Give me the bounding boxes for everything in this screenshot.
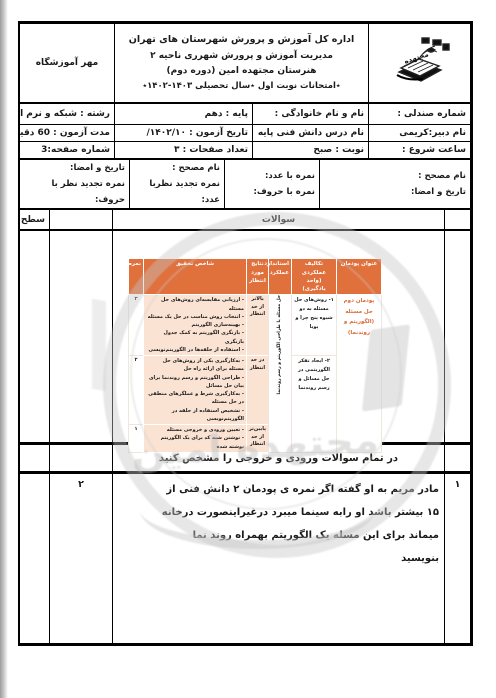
performance-standard-cell: حل مسئله با طراحی الگوریتم و رسم روندنما [269,295,292,453]
expected-cell-1: بالاتر از حد انتظار [247,295,269,356]
task-item-2: ۲- ایجاد تفکر الگوریتمی در حل مسائل و رس… [292,356,337,453]
question-level-cell [20,474,50,644]
regrade-cell-labels: نام مصحح : نمره تجدید نظربا عدد: [130,160,225,209]
graders-table: نام مصحح : تاریخ و امضا: نمره با عدد: نم… [19,159,471,209]
performance-standard-text: حل مسئله با طراحی الگوریتم و رسم روندنما [278,295,283,394]
exam-sheet: مجتهده اداره کل آموزش و پرورش شهرستان ها… [18,21,473,646]
scanned-exam-page: { "colors": { "rubric_header_orange": "#… [0,0,496,698]
level-column-header: سطح [20,210,50,230]
rubric-header-tasks: تکالیف عملکردی (واحد یادگیری) [292,259,337,295]
school-stamp-label: مهر آموزشگاه [20,24,115,103]
questions-header-row: سوالات سطح [19,209,471,230]
page-scan-edge [0,0,8,698]
grader1-sign-label: تاریخ و امضا: [324,184,466,200]
indicator-cell-3: - تعیین ورودی و خروجی مسئله - نوشتن شبه … [144,425,247,453]
rubric-area-row: عنوان پودمان تکالیف عملکردی (واحد یادگیر… [19,230,471,443]
rubric-container-cell: عنوان پودمان تکالیف عملکردی (واحد یادگیر… [113,231,445,443]
org-line-3: هنرستان مجتهده امین (دوره دوم) [117,64,366,79]
regrade-sign-cell: تاریخ و امضا: نمره تجدید نظر با حروف: [20,160,130,209]
org-line-4: ٭امتحانات نوبت اول ٭سال تحصیلی ۱۴۰۳-۱۴۰۲… [117,79,366,93]
score-cell-1: ۳ [129,295,144,356]
question-score: ۲ [50,474,113,644]
pages-count-field: تعداد صفحات : ۳ [115,142,253,159]
questions-title: سوالات [113,210,445,230]
grader1-name-label: نام مصحح : [324,168,466,184]
grade-field: پایه : دهم [115,104,253,125]
regrade-words-label: نمره تجدید نظر با حروف: [24,176,125,208]
question-text: مادر مریم به او گفته اگر نمره ی پودمان ۲… [113,474,445,644]
indicator-cell-1: - ارزیابی مقایسه‌ای روش‌های حل مسئله - ا… [144,295,247,356]
teacher-name-field: نام دبیر:کریمی [369,125,471,142]
question-number: ۱ [445,474,471,644]
page-number-field: شماره صفحه:3 [20,142,115,159]
header-table: مجتهده اداره کل آموزش و پرورش شهرستان ها… [19,23,471,103]
rubric-row-number-cell [445,231,471,443]
rubric-header-module: عنوان پودمان [337,259,382,295]
instruction-score-cell [50,444,113,472]
rubric-level-cell [20,231,50,443]
score-cell-3: ۱ [129,425,144,453]
score-cell-2: ۲ [129,356,144,425]
seat-number-field: شماره صندلی : [369,104,471,125]
score-column-header [50,210,113,230]
grader1-cell: نام مصحح : تاریخ و امضا: [320,160,471,209]
course-name-field: نام درس دانش فنی پایه [253,125,369,142]
expected-cell-3: پایین‌تر از حد انتظار [247,425,269,453]
score-cell-labels: نمره با عدد: نمره با حروف: [225,160,320,209]
task-item-1: ۱- روش‌های حل مسئله به دو شیوه پنج چرا و… [292,295,337,356]
question-row: ۱ مادر مریم به او گفته اگر نمره ی پودمان… [19,473,471,644]
question-number-column-header [445,210,471,230]
student-info-table: شماره صندلی : نام و نام خانوادگی : پایه … [19,103,471,159]
rubric-header-score: نمره [129,259,144,295]
score-words-label: نمره با حروف: [229,184,315,200]
expected-cell-2: در حد انتظار [247,356,269,425]
org-line-2: مدیریت آموزش و پرورش شهرری ناحیه ۲ [117,49,366,64]
school-logo-cell: مجتهده [369,24,471,103]
rubric-area: عنوان پودمان تکالیف عملکردی (واحد یادگیر… [113,231,444,442]
indicator-cell-2: - به‌کارگیری یکی از روش‌های حل مسئله برا… [144,356,247,425]
instruction-level-cell [20,444,50,472]
module-title-cell: پودمان دوم حل مسئله (الگوریتم و روندنما) [337,295,382,453]
rubric-score-cell [50,231,113,443]
regrader-name-label: نام مصحح : [134,160,220,176]
regrade-numeric-label: نمره تجدید نظربا عدد: [134,176,220,208]
score-numeric-label: نمره با عدد: [229,168,315,184]
evaluation-rubric-table: عنوان پودمان تکالیف عملکردی (واحد یادگیر… [128,258,382,453]
exam-duration-field: مدت آزمون : 60 دقیقه [20,125,115,142]
header-org-block: اداره کل آموزش و پرورش شهرستان های تهران… [115,24,369,103]
major-field: رشته : شبکه و نرم افزار [20,104,115,125]
shift-field: نوبت : صبح [253,142,369,159]
rubric-header-standard: استاندارد عملکرد [269,259,292,295]
start-time-field: ساعت شروع : [369,142,471,159]
instruction-number-cell [445,444,471,472]
org-line-1: اداره کل آموزش و پرورش شهرستان های تهران [117,32,366,48]
full-name-field: نام و نام خانوادگی : [253,104,369,125]
regrade-sign-label: تاریخ و امضا: [24,160,125,176]
school-logo-icon: مجتهده [383,34,457,90]
rubric-header-indicator: شاخص تحقیق [144,259,247,295]
exam-date-field: تاریخ آزمون : ۱۴۰۲/۱۰/ [115,125,253,142]
